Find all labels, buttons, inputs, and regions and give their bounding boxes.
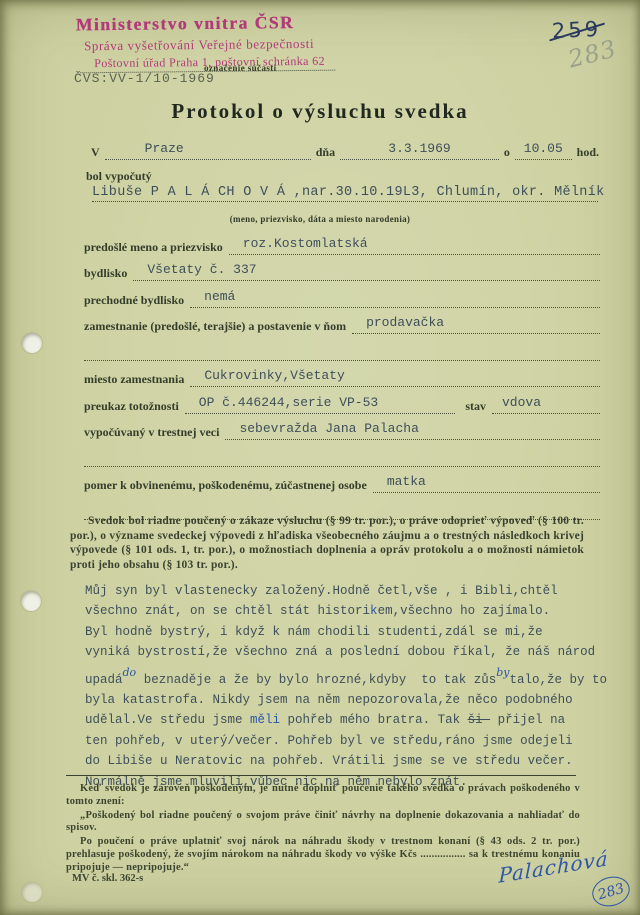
typed-text: udělal.Ve středu jsme: [85, 713, 250, 727]
testimony-line: ten pohřeb, v uterý/večer. Pohřeb byl ve…: [85, 731, 585, 751]
field-value: OP č.446244,serie VP-53: [185, 395, 378, 410]
field-row: zamestnanie (predošlé, terajšie) a posta…: [84, 308, 600, 335]
place-field: Praze: [105, 141, 311, 160]
testimony-line: udělal.Ve středu jsme měli pohřeb mého b…: [85, 710, 585, 730]
struck-text: ši-: [468, 713, 491, 727]
ink-correction: k: [370, 604, 378, 618]
testimony-line: byla katastrofa. Nikdy jsem na něm nepoz…: [85, 690, 585, 710]
field-row: preukaz totožnostiOP č.446244,serie VP-5…: [84, 387, 600, 414]
witness-name-value: Libuše P A L Á CH O V Á ,nar.30.10.19L3,…: [92, 185, 598, 200]
blank-dotted-line: [84, 440, 600, 467]
typed-text: Byl hodně bystrý, i když k nám chodili s…: [85, 625, 543, 639]
punch-hole: [22, 882, 42, 902]
field-row: prechodné bydliskonemá: [84, 281, 600, 308]
field-line: sebevražda Jana Palacha: [225, 421, 600, 440]
testimony-line: upadádo beznaděje a že by bylo hrozné,kd…: [85, 663, 585, 690]
dna-label: dňa: [316, 145, 335, 160]
stamp-line-ministry: Ministerstvo vnitra ČSR: [76, 12, 335, 36]
typed-text: vyniká bystrostí,že všechno zná a posled…: [85, 645, 595, 659]
handwritten-insertion: do: [123, 666, 137, 679]
field-row: miesto zamestnaniaCukrovinky,Všetaty: [84, 361, 600, 388]
empty-field-line: [84, 360, 600, 361]
field-line: matka: [373, 474, 600, 493]
testimony-block: Můj syn byl vlastenecky založený.Hodně č…: [85, 581, 585, 792]
ink-correction: měli: [250, 713, 280, 727]
field-label: zamestnanie (predošlé, terajšie) a posta…: [84, 319, 346, 334]
form-code: MV č. skl. 362-s: [72, 873, 143, 884]
typed-text: ten pohřeb, v uterý/večer. Pohřeb byl ve…: [85, 734, 573, 748]
document-title: Protokol o výsluchu svedka: [0, 99, 640, 124]
place-date-time-row: V Praze dňa 3.3.1969 o 10.05 hod.: [86, 141, 604, 160]
typed-text: pohřeb mého bratra. Tak: [280, 713, 468, 727]
field-value: Všetaty č. 337: [133, 262, 256, 277]
field-line: Všetaty č. 337: [133, 262, 600, 281]
advisory-paragraph: Svedok bol riadne poučený o zákaze výslu…: [70, 514, 584, 572]
v-label: V: [91, 145, 100, 160]
field-line: Cukrovinky,Všetaty: [190, 368, 600, 387]
circled-page-number: 283: [589, 872, 634, 910]
punch-hole: [21, 591, 41, 611]
field-row: predošlé meno a priezviskoroz.Kostomlats…: [84, 228, 600, 255]
o-label: o: [504, 145, 510, 160]
testimony-line: Byl hodně bystrý, i když k nám chodili s…: [85, 622, 585, 642]
typed-text: upadá: [85, 673, 123, 687]
empty-field-line: [84, 466, 600, 467]
field-line: vdova: [492, 395, 600, 414]
hod-label: hod.: [577, 145, 599, 160]
field-line: OP č.446244,serie VP-53: [185, 395, 456, 414]
place-value: Praze: [105, 141, 184, 156]
field-value: matka: [373, 474, 426, 489]
typed-text: em,všechno ho zajímalo.: [378, 604, 551, 618]
footer-note-paragraph: Keď svedok je zároveň poškodeným, je nut…: [66, 783, 580, 809]
case-file-number: ČVS:VV-1/10-1969: [74, 71, 215, 86]
testimony-line: Můj syn byl vlastenecky založený.Hodně č…: [85, 581, 585, 601]
typed-text: do Libiše u Neratovic na pohřeb. Vrátili…: [85, 754, 573, 768]
field-row: bydliskoVšetaty č. 337: [84, 255, 600, 282]
footer-note-paragraph: „Poškodený bol riadne poučený o svojom p…: [66, 810, 580, 836]
field-value: prodavačka: [352, 315, 444, 330]
witness-name-line: Libuše P A L Á CH O V Á ,nar.30.10.19L3,…: [92, 186, 598, 202]
typed-text: přijel na: [490, 713, 565, 727]
interrogated-label: bol vypočutý: [86, 169, 152, 184]
field-label: pomer k obvinenému, poškodenému, zúčastn…: [84, 478, 367, 493]
typed-text: všechno znát, on se chtěl stát histori: [85, 604, 370, 618]
typed-text: Můj syn byl vlastenecky založený.Hodně č…: [85, 584, 558, 598]
punch-hole: [22, 333, 42, 353]
handwritten-insertion: by: [496, 666, 509, 679]
field-label: preukaz totožnosti: [84, 399, 179, 414]
field-label: stav: [465, 399, 486, 414]
field-value: vdova: [492, 395, 541, 410]
field-line: prodavačka: [352, 315, 600, 334]
unit-caption-label: označenie súčasti: [204, 63, 277, 73]
separator-line: [66, 775, 576, 776]
typed-text: talo,že by to: [510, 673, 608, 687]
typed-text: byla katastrofa. Nikdy jsem na něm nepoz…: [85, 693, 573, 707]
testimony-line: vyniká bystrostí,že všechno zná a posled…: [85, 642, 585, 662]
testimony-line: do Libiše u Neratovic na pohřeb. Vrátili…: [85, 751, 585, 771]
blank-dotted-line: [84, 334, 600, 361]
field-line: roz.Kostomlatská: [229, 236, 600, 255]
field-label: bydlisko: [84, 266, 127, 281]
field-value: Cukrovinky,Všetaty: [190, 368, 344, 383]
field-label: prechodné bydlisko: [84, 293, 184, 308]
field-line: nemá: [190, 289, 600, 308]
date-field: 3.3.1969: [340, 141, 499, 160]
name-line-caption: (meno, priezvisko, dáta a miesto naroden…: [0, 214, 640, 224]
date-value: 3.3.1969: [388, 141, 450, 156]
field-value: sebevražda Jana Palacha: [225, 421, 418, 436]
typed-text: beznaděje a že by bylo hrozné,kdyby to t…: [136, 673, 496, 687]
time-value: 10.05: [524, 141, 563, 156]
footer-note: Keď svedok je zároveň poškodeným, je nut…: [66, 783, 580, 876]
field-row: vypočúvaný v trestnej vecisebevražda Jan…: [84, 414, 600, 441]
fields-list: predošlé meno a priezviskoroz.Kostomlats…: [84, 228, 600, 520]
field-value: nemá: [190, 289, 235, 304]
time-field: 10.05: [515, 141, 572, 160]
field-label: predošlé meno a priezvisko: [84, 240, 223, 255]
testimony-line: všechno znát, on se chtěl stát historike…: [85, 601, 585, 621]
field-label: vypočúvaný v trestnej veci: [84, 425, 219, 440]
document-page: Ministerstvo vnitra ČSR Správa vyšetřová…: [0, 0, 640, 915]
field-label: miesto zamestnania: [84, 372, 184, 387]
field-value: roz.Kostomlatská: [229, 236, 368, 251]
field-row: pomer k obvinenému, poškodenému, zúčastn…: [84, 467, 600, 494]
